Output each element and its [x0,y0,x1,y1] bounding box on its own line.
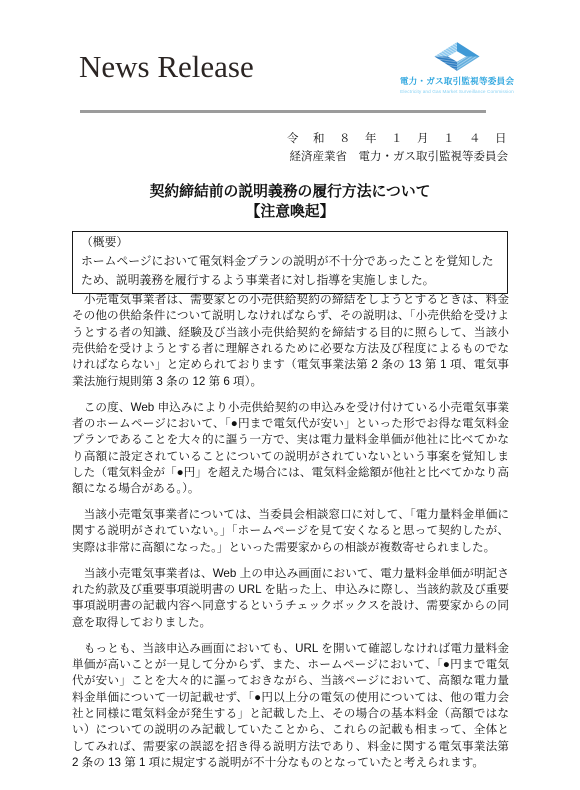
issuing-agency: 経済産業省 電力・ガス取引監視等委員会 [287,149,508,167]
document-body: 小売電気事業者は、需要家との小売供給契約の締結をしようとするときは、料金その他の… [72,292,509,771]
summary-box: （概要） ホームページにおいて電気料金プランの説明が不十分であったことを覚知した… [72,231,508,294]
egc-diamond-icon [433,41,481,72]
document-title-block: 契約締結前の説明義務の履行方法について 【注意喚起】 [0,183,580,222]
logo-org-name-ja: 電力・ガス取引監視等委員会 [399,75,515,87]
body-paragraph: この度、Web 申込みにより小売供給契約の申込みを受け付けている小売電気事業者の… [72,400,509,498]
release-date: 令 和 ８ 年 １ 月 １ ４ 日 [287,131,508,149]
summary-label: （概要） [81,233,499,252]
header-divider [80,110,486,113]
logo-org-name-en: Electricity and Gas Market Surveillance … [399,89,515,94]
release-meta: 令 和 ８ 年 １ 月 １ ４ 日 経済産業省 電力・ガス取引監視等委員会 [287,131,508,166]
document-title: 契約締結前の説明義務の履行方法について [150,184,431,200]
egc-logo: 電力・ガス取引監視等委員会 Electricity and Gas Market… [399,41,515,94]
news-release-wordmark: News Release [79,49,254,85]
body-paragraph: 小売電気事業者は、需要家との小売供給契約の締結をしようとするときは、料金その他の… [72,292,509,390]
summary-text: ホームページにおいて電気料金プランの説明が不十分であったことを覚知したため、説明… [81,252,499,290]
body-paragraph: 当該小売電気事業者については、当委員会相談窓口に対して、「電力量料金単価に関する… [72,507,509,556]
body-paragraph: もっとも、当該申込み画面においても、URL を開いて確認しなければ電力量料金単価… [72,641,509,772]
body-paragraph: 当該小売電気事業者は、Web 上の申込み画面において、電力量料金単価が明記された… [72,566,509,631]
document-subtitle: 【注意喚起】 [246,204,335,220]
news-release-page: News Release 電力・ガス取引 [0,0,580,790]
